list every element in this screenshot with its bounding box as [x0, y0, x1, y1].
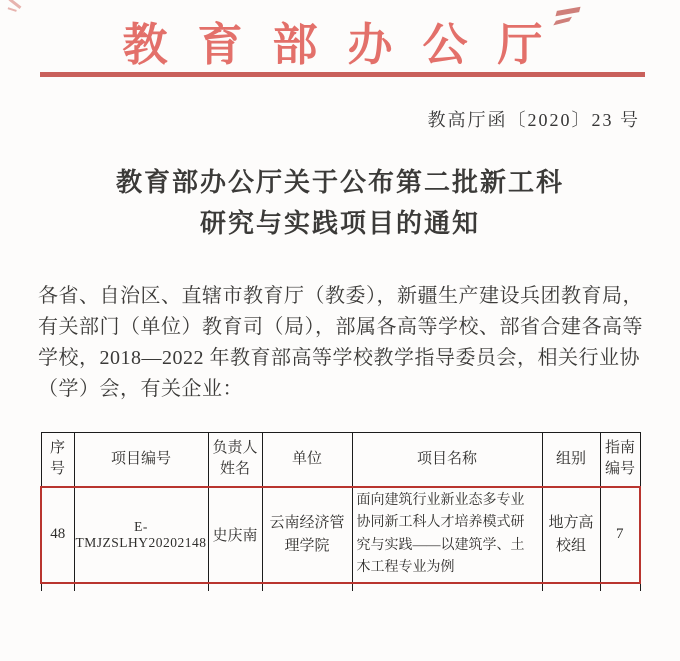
document-title-line2: 研究与实践项目的通知	[200, 209, 480, 238]
cell-group: 地方高校组	[542, 487, 600, 583]
doc-number: 教高厅函〔2020〕23 号	[428, 106, 641, 132]
body-line: 各省、自治区、直辖市教育厅（教委），新疆生产建设兵团教育局，	[38, 281, 648, 312]
project-approval-table: 序号 项目编号 负责人姓名 单位 项目名称 组别 指南编号 48 E-TMJZS…	[40, 432, 641, 591]
cell-guide-no: 7	[600, 487, 640, 583]
cell-project-id: E-TMJZSLHY20202148	[74, 487, 208, 583]
letterhead-org-name: 教育部办公厅	[0, 8, 680, 73]
col-header-group: 组别	[542, 433, 600, 487]
cell-leader: 史庆南	[208, 487, 262, 583]
col-header-project-name: 项目名称	[352, 433, 542, 487]
table-row-highlighted: 48 E-TMJZSLHY20202148 史庆南 云南经济管理学院 面向建筑行…	[41, 487, 640, 583]
document-title-line1: 教育部办公厅关于公布第二批新工科	[116, 168, 564, 197]
col-header-leader: 负责人姓名	[208, 433, 262, 487]
document-body: 各省、自治区、直辖市教育厅（教委），新疆生产建设兵团教育局， 有关部门（单位）教…	[38, 281, 648, 405]
body-line: 有关部门（单位）教育司（局），部属各高等学校、部省合建各高等	[38, 312, 648, 343]
letterhead-divider	[40, 72, 645, 77]
cell-project-name: 面向建筑行业新业态多专业协同新工科人才培养模式研究与实践——以建筑学、土木工程专…	[352, 487, 542, 583]
cell-seq: 48	[41, 487, 74, 583]
document-page: 教育部办公厅 教高厅函〔2020〕23 号 教育部办公厅关于公布第二批新工科 研…	[0, 0, 680, 661]
col-header-seq: 序号	[41, 433, 74, 487]
cell-unit: 云南经济管理学院	[262, 487, 352, 583]
col-header-unit: 单位	[262, 433, 352, 487]
table-header-row: 序号 项目编号 负责人姓名 单位 项目名称 组别 指南编号	[41, 433, 640, 487]
body-line: （学）会，有关企业：	[38, 374, 648, 405]
table-next-row-cutoff	[41, 583, 640, 591]
body-line: 学校，2018—2022 年教育部高等学校教学指导委员会，相关行业协	[38, 343, 648, 374]
document-title: 教育部办公厅关于公布第二批新工科 研究与实践项目的通知	[0, 162, 680, 244]
col-header-project-id: 项目编号	[74, 433, 208, 487]
col-header-guide-no: 指南编号	[600, 433, 640, 487]
